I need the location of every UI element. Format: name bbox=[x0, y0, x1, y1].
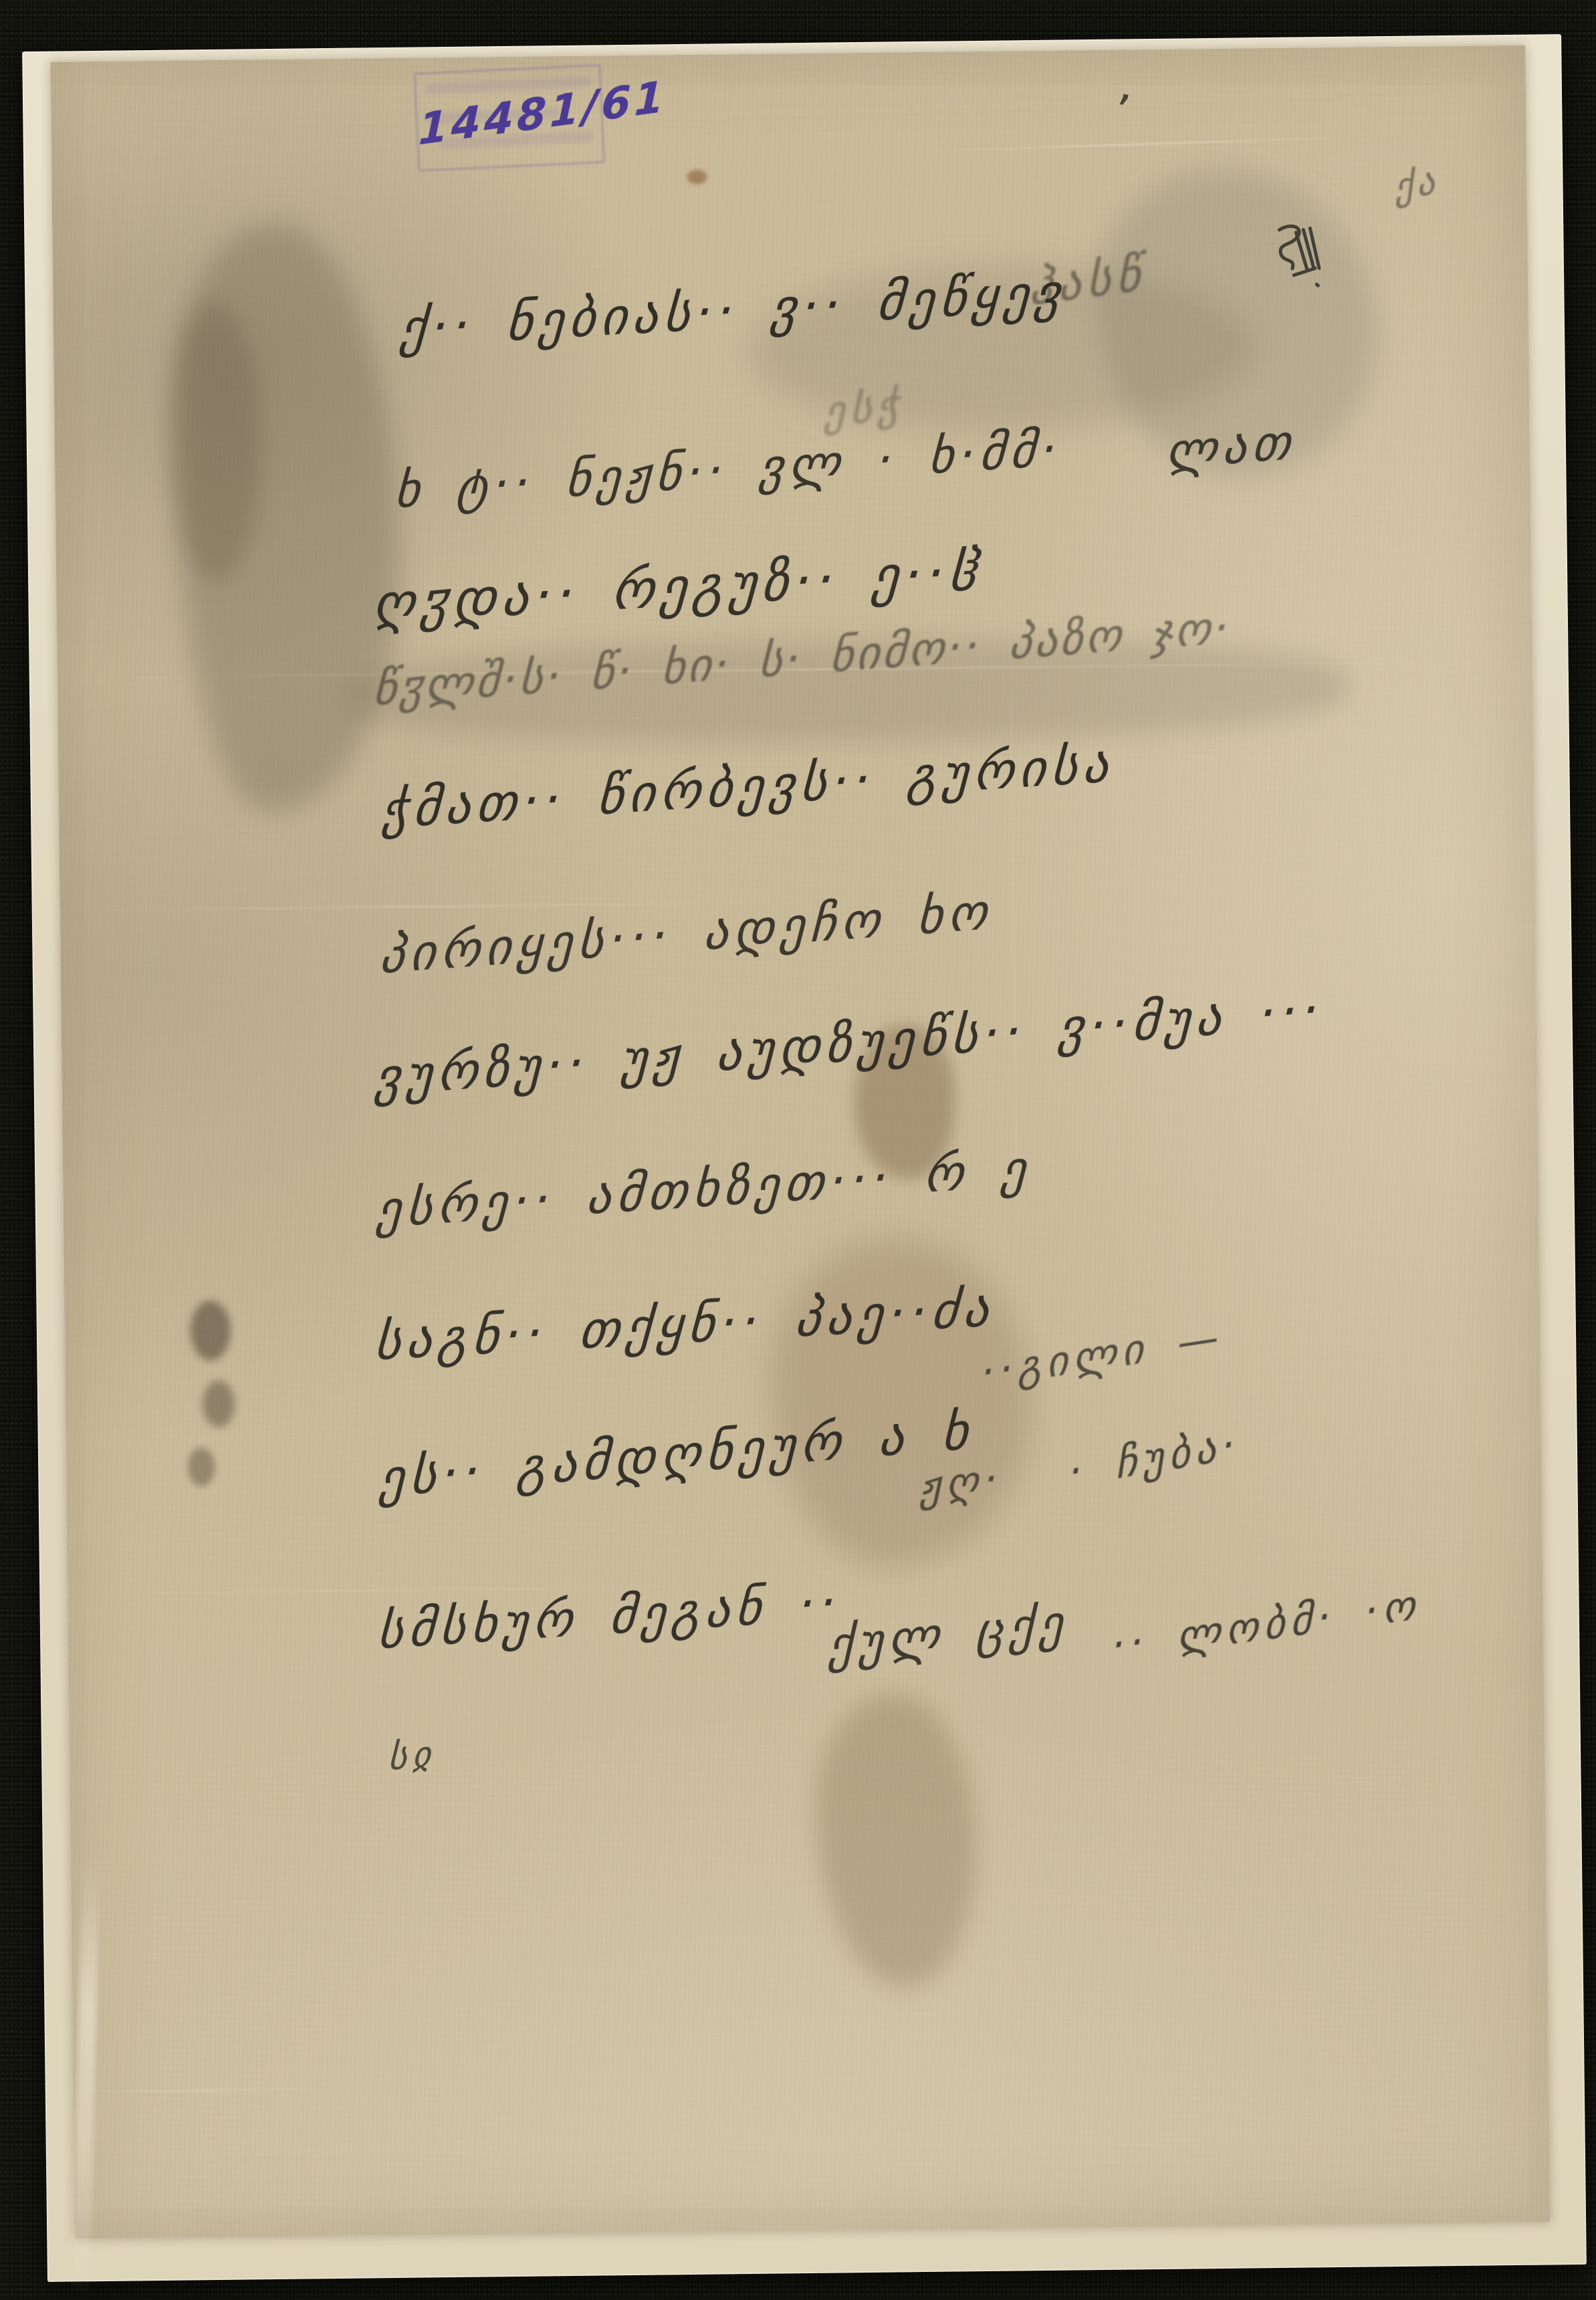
stain-left-inner bbox=[166, 300, 263, 582]
crease-bottom-left bbox=[74, 2088, 328, 2093]
line-1-corner: ქა bbox=[1393, 158, 1440, 209]
stain-edge-spot bbox=[188, 1448, 215, 1486]
stain-edge-spot bbox=[190, 1300, 231, 1361]
line-1-end: ჰასწ bbox=[1029, 245, 1146, 316]
scan-background: 14481/61 ʼ ქ·· ნებიას·· ვ·· მეწყევჰასწქა… bbox=[0, 0, 1596, 2300]
line-3: ღჳდა·· რეგუზ·· ე··ჱ bbox=[371, 540, 984, 636]
line-11-end: ·· ლობმ· ·ო bbox=[1111, 1579, 1421, 1670]
line-10-end: · ჩუბა· bbox=[1067, 1419, 1240, 1497]
stain-brown-dot bbox=[687, 170, 707, 185]
line-1: ქ·· ნებიას·· ვ·· მეწყევ bbox=[398, 262, 1068, 358]
line-8: ესრე·· ამთხზეთ··· რ ე bbox=[374, 1139, 1032, 1239]
line-12: სჲ bbox=[387, 1732, 437, 1778]
stain-edge-spot bbox=[203, 1381, 235, 1428]
line-9-end: ··გილი — bbox=[980, 1311, 1224, 1397]
crease-left-streak bbox=[72, 1860, 100, 2295]
line-7: ვურზუ·· უჟ აუდზუეწს·· ვ··მუა ··· bbox=[373, 979, 1325, 1108]
ink-flourish bbox=[1216, 220, 1331, 315]
line-2: ხ ტ·· ნეჟნ·· ვლ · ხ·მმ· bbox=[393, 420, 1063, 519]
line-10-mid: ჟღ· bbox=[919, 1453, 1002, 1512]
stain-lower bbox=[814, 1693, 978, 1989]
ink-mark: ʼ bbox=[1109, 84, 1134, 140]
handwriting-layer: ქ·· ნებიას·· ვ·· მეწყევჰასწქახ ტ·· ნეჟნ·… bbox=[50, 45, 1525, 62]
line-5: ჭმათ·· წირბევს·· გურისა bbox=[380, 733, 1116, 840]
stain-left-patch bbox=[176, 222, 403, 813]
line-2-ghost: ესჭ bbox=[824, 379, 905, 436]
mount-board: 14481/61 ʼ ქ·· ნებიას·· ვ·· მეწყევჰასწქა… bbox=[22, 34, 1587, 2282]
manuscript-page: 14481/61 ʼ ქ·· ნებიას·· ვ·· მეწყევჰასწქა… bbox=[50, 45, 1550, 2239]
line-6: პირიყეს··· ადეჩო ხო bbox=[378, 883, 994, 985]
line-11-mid: ქულ ცქე bbox=[828, 1594, 1069, 1674]
line-10: ეს·· გამდღნეურ ა ხ bbox=[378, 1400, 975, 1508]
crease-top-right bbox=[921, 136, 1362, 152]
line-2-end: ლათ bbox=[1165, 413, 1298, 479]
line-9: საგნ·· თქყნ·· პაე··ძა bbox=[373, 1278, 997, 1371]
line-11: სმსხურ მეგან ·· bbox=[376, 1573, 842, 1661]
